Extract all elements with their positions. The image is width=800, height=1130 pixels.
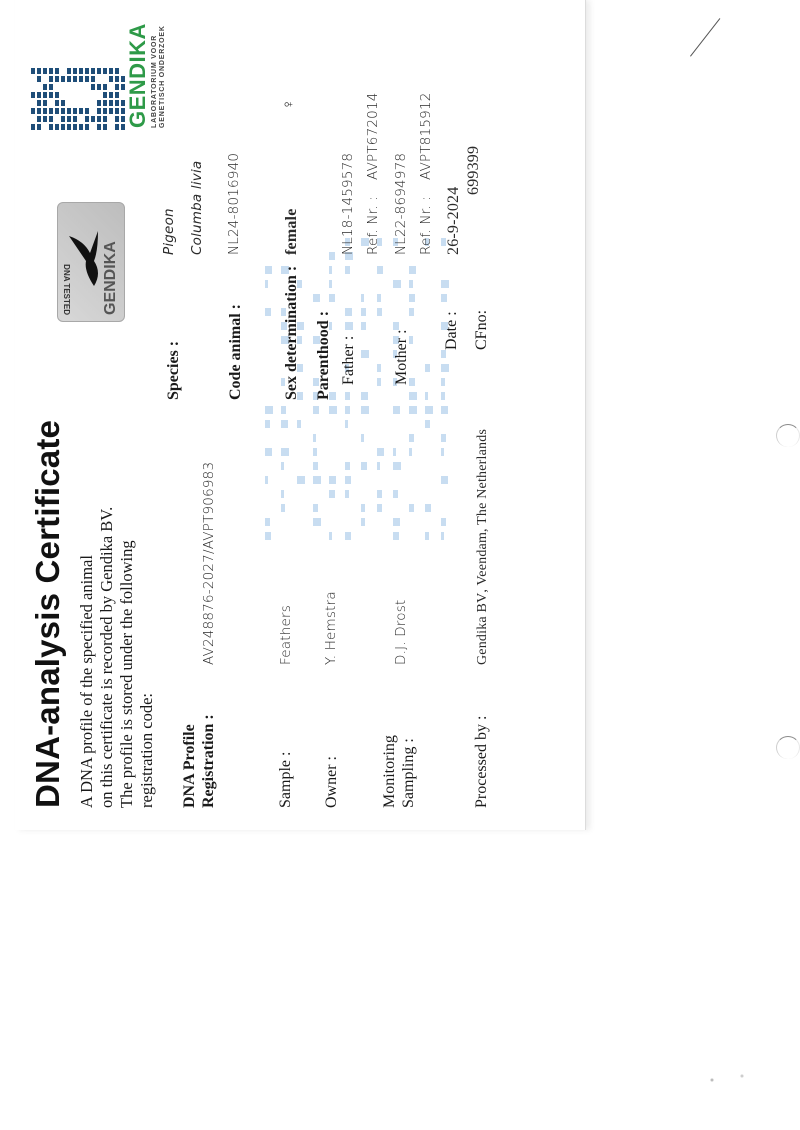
- dna-logo-icon: [31, 66, 131, 130]
- intro-line: A DNA profile of the specified animal: [77, 388, 97, 808]
- sample-value: Feathers: [278, 605, 294, 665]
- dna-tested-sticker: DNA TESTED GENDIKA: [57, 202, 125, 322]
- intro-line: registration code:: [137, 388, 157, 808]
- parenthood-label: Parenthood :: [315, 311, 333, 400]
- certificate-page: DNA-analysis Certificate A DNA profile o…: [15, 0, 586, 830]
- sex-label: Sex determination :: [283, 266, 301, 400]
- cfno-value: 699399: [465, 146, 483, 195]
- processed-by-value: Gendika BV, Veendam, The Netherlands: [475, 429, 491, 665]
- registration-label: DNA Profile Registration :: [180, 714, 218, 808]
- mother-ring: NL22-8694978: [393, 153, 409, 255]
- pen-mark: [690, 18, 721, 57]
- father-ring: NL18-1459578: [340, 153, 356, 255]
- monitoring-label: Monitoring Sampling :: [380, 735, 418, 808]
- punch-hole: [776, 736, 800, 759]
- logo-wordmark: GENDIKA: [125, 23, 151, 128]
- father-ref-value: AVPT672014: [365, 92, 381, 180]
- code-animal-value: NL24-8016940: [226, 153, 242, 255]
- label-line: Sampling :: [399, 735, 418, 808]
- cfno-label: CFno:: [473, 310, 491, 350]
- intro-line: The profile is stored under the followin…: [117, 388, 137, 808]
- date-value: 26-9-2024: [445, 187, 463, 255]
- sex-value: female: [283, 208, 301, 255]
- father-label: Father :: [340, 336, 358, 385]
- processed-by-label: Processed by :: [473, 716, 491, 808]
- sticker-brand-text: GENDIKA: [102, 241, 120, 315]
- scan-specks: [700, 1070, 760, 1090]
- company-location: , Veendam, The Netherlands: [475, 429, 490, 593]
- owner-label: Owner :: [323, 756, 341, 808]
- sticker-dna-tested-text: DNA TESTED: [62, 264, 71, 315]
- label-line: Registration :: [199, 714, 218, 808]
- owner-value: Y. Hemstra: [323, 591, 339, 665]
- mother-ref-value: AVPT815912: [418, 92, 434, 180]
- date-label: Date :: [443, 311, 461, 350]
- label-line: Monitoring: [380, 735, 399, 808]
- intro-text: A DNA profile of the specified animal on…: [77, 388, 157, 808]
- species-label: Species :: [165, 341, 183, 400]
- gendika-logo: GENDIKA LABORATORIUM VOOR GENETISCH ONDE…: [31, 10, 161, 130]
- logo-subtitle: LABORATORIUM VOOR GENETISCH ONDERZOEK: [151, 25, 167, 128]
- female-symbol-icon: ♀: [279, 99, 297, 110]
- registration-value: AV248876-2027/AVPT906983: [201, 462, 217, 665]
- monitoring-value: D.J. Drost: [393, 600, 409, 666]
- mother-ref-label: Ref. Nr. :: [418, 196, 434, 255]
- code-animal-label: Code animal :: [227, 304, 245, 400]
- company-name: Gendika BV: [475, 593, 490, 665]
- subtitle-line: GENETISCH ONDERZOEK: [159, 25, 167, 128]
- punch-hole: [776, 424, 800, 447]
- species-common: Pigeon: [161, 208, 177, 255]
- label-line: DNA Profile: [180, 714, 199, 808]
- mother-label: Mother :: [393, 329, 411, 385]
- certificate-title: DNA-analysis Certificate: [29, 420, 67, 808]
- intro-line: on this certificate is recorded by Gendi…: [97, 388, 117, 808]
- subtitle-line: LABORATORIUM VOOR: [151, 25, 159, 128]
- species-latin: Columba livia: [189, 161, 205, 255]
- sample-label: Sample :: [277, 752, 295, 808]
- father-ref-label: Ref. Nr. :: [365, 196, 381, 255]
